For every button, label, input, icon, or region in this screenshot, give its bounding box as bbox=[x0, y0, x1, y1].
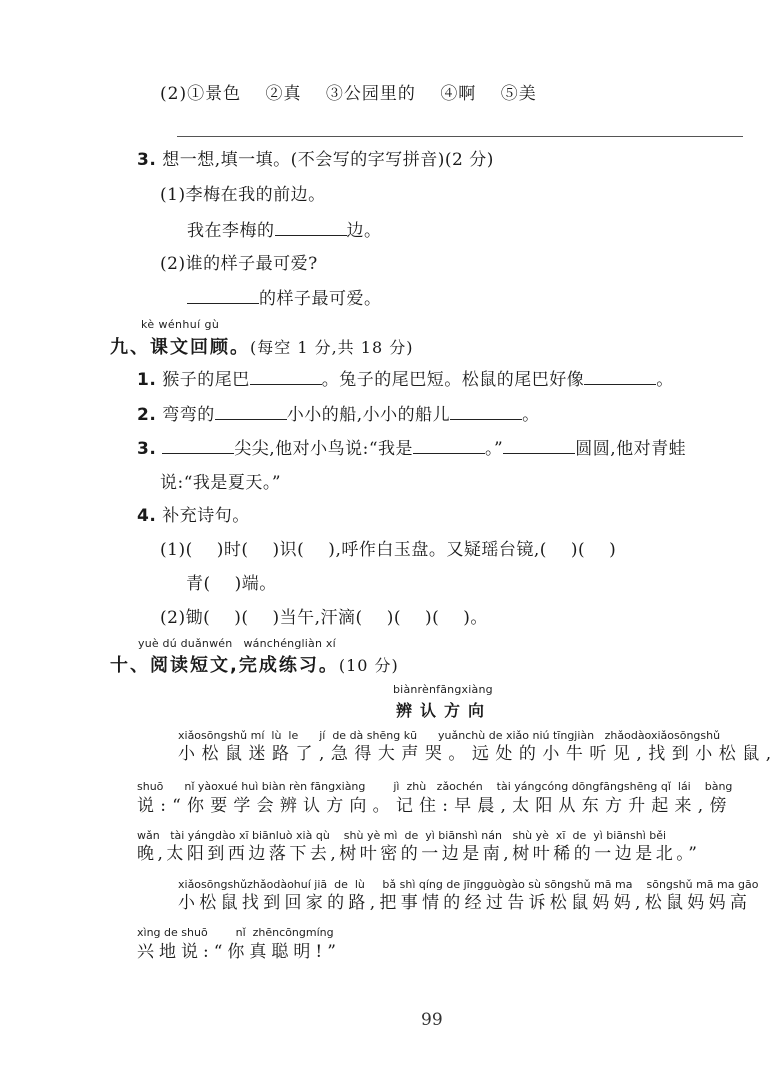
question-number: 3. bbox=[137, 439, 156, 459]
q8-3-sub1-prompt: (1)李梅在我的前边。 bbox=[160, 184, 326, 206]
s9-q1: 1. 猴子的尾巴。兔子的尾巴短。松鼠的尾巴好像。 bbox=[137, 368, 674, 391]
section10-score-note: (10 分) bbox=[339, 656, 399, 675]
question-number: 2. bbox=[137, 405, 156, 425]
word-item-1: ①景色 bbox=[187, 84, 241, 104]
story-line1-pinyin: xiǎosōngshǔ mí lù le jí de dà shēng kū y… bbox=[178, 730, 720, 742]
poem-label: (1) bbox=[160, 540, 186, 560]
poem-char: 端。 bbox=[242, 574, 277, 594]
q2-text-3: 。 bbox=[522, 405, 540, 425]
sentence-after: 边。 bbox=[347, 221, 382, 241]
poem-text: ,呼作白玉盘。又疑瑶台镜, bbox=[335, 540, 539, 560]
story-line2: 说:“你要学会辨认方向。记住:早晨,太阳从东方升起来,傍 bbox=[137, 795, 733, 817]
s9-q3: 3. 尖尖,他对小鸟说:“我是。”圆圆,他对青蛙 bbox=[137, 437, 686, 460]
answer-line[interactable] bbox=[177, 136, 743, 137]
poem-char: 识 bbox=[280, 540, 298, 560]
story-title-pinyin: biànrènfāngxiàng bbox=[393, 684, 493, 696]
story-line4: 小松鼠找到回家的路,把事情的经过告诉松鼠妈妈,松鼠妈妈高 bbox=[178, 892, 751, 914]
q1-text-1: 猴子的尾巴 bbox=[162, 370, 250, 390]
poem-char: 青 bbox=[186, 574, 204, 594]
section10-pinyin: yuè dú duǎnwén wánchéngliàn xí bbox=[138, 638, 336, 650]
q2-text-1: 弯弯的 bbox=[162, 405, 215, 425]
poem-end: 。 bbox=[470, 608, 488, 628]
fill-blank[interactable] bbox=[275, 219, 347, 236]
q8-3-title: 3. 想一想,填一填。(不会写的字写拼音)(2 分) bbox=[137, 149, 494, 171]
story-title: 辨认方向 bbox=[396, 698, 492, 721]
question-number: 3. bbox=[137, 150, 156, 170]
q8-part2-label: (2) bbox=[160, 84, 187, 104]
fill-blank[interactable] bbox=[187, 287, 259, 304]
s9-q4-title: 4. 补充诗句。 bbox=[137, 505, 250, 527]
question-number: 4. bbox=[137, 506, 156, 526]
poem-char: 锄 bbox=[186, 608, 204, 628]
story-line3-pinyin: wǎn tài yángdào xī biānluò xià qù shù yè… bbox=[137, 830, 666, 842]
s9-q2: 2. 弯弯的小小的船,小小的船儿。 bbox=[137, 403, 540, 426]
poem-char: 时 bbox=[224, 540, 242, 560]
q8-part2-row: (2)①景色 ②真 ③公园里的 ④啊 ⑤美 bbox=[160, 83, 537, 105]
story-line1: 小松鼠迷路了,急得大声哭。远处的小牛听见,找到小松鼠, bbox=[178, 743, 778, 765]
word-item-2: ②真 bbox=[266, 84, 302, 104]
q4-title-text: 补充诗句。 bbox=[162, 506, 250, 526]
sentence-before: 我在李梅的 bbox=[187, 221, 275, 241]
sentence-after: 的样子最可爱。 bbox=[259, 289, 382, 309]
fill-blank[interactable] bbox=[503, 437, 575, 454]
section9-title: 九、课文回顾。 bbox=[110, 337, 250, 358]
poem-text: 当午,汗滴 bbox=[280, 608, 356, 628]
section10-title: 十、阅读短文,完成练习。 bbox=[110, 655, 339, 676]
section9-score-note: (每空 1 分,共 18 分) bbox=[250, 338, 413, 357]
fill-blank[interactable] bbox=[162, 437, 234, 454]
q3-text-3: 圆圆,他对青蛙 bbox=[575, 439, 686, 459]
s9-q3-line2: 说:“我是夏天。” bbox=[160, 472, 281, 494]
q1-text-2: 。兔子的尾巴短。松鼠的尾巴好像 bbox=[322, 370, 585, 390]
q8-3-sub2-prompt: (2)谁的样子最可爱? bbox=[160, 253, 318, 275]
word-item-3: ③公园里的 bbox=[326, 84, 416, 104]
word-item-4: ④啊 bbox=[440, 84, 476, 104]
s9-q4-poem1-line1: (1)()时()识(),呼作白玉盘。又疑瑶台镜,()() bbox=[160, 539, 616, 561]
q8-3-sub1-answer: 我在李梅的边。 bbox=[187, 219, 382, 242]
question-text: 想一想,填一填。(不会写的字写拼音)(2 分) bbox=[162, 150, 494, 170]
story-line4-pinyin: xiǎosōngshǔzhǎodàohuí jiā de lù bǎ shì q… bbox=[178, 879, 758, 891]
q8-3-sub2-answer: 的样子最可爱。 bbox=[187, 287, 382, 310]
fill-blank[interactable] bbox=[250, 368, 322, 385]
story-line5: 兴地说:“你真聪明!” bbox=[137, 941, 341, 963]
word-item-5: ⑤美 bbox=[501, 84, 537, 104]
s9-q4-poem2: (2)锄()()当午,汗滴()()()。 bbox=[160, 607, 488, 629]
story-line2-pinyin: shuō nǐ yàoxué huì biàn rèn fāngxiàng jì… bbox=[137, 781, 732, 793]
q2-text-2: 小小的船,小小的船儿 bbox=[287, 405, 450, 425]
fill-blank[interactable] bbox=[450, 403, 522, 420]
story-line5-pinyin: xìng de shuō nǐ zhēncōngmíng bbox=[137, 927, 334, 939]
fill-blank[interactable] bbox=[584, 368, 656, 385]
poem-label: (2) bbox=[160, 608, 186, 628]
story-line3: 晚,太阳到西边落下去,树叶密的一边是南,树叶稀的一边是北。” bbox=[137, 843, 700, 865]
section9-heading: 九、课文回顾。(每空 1 分,共 18 分) bbox=[110, 333, 413, 359]
section10-heading: 十、阅读短文,完成练习。(10 分) bbox=[110, 651, 399, 677]
page-number: 99 bbox=[421, 1010, 443, 1030]
q3-text-2: 。” bbox=[485, 439, 503, 459]
fill-blank[interactable] bbox=[215, 403, 287, 420]
fill-blank[interactable] bbox=[413, 437, 485, 454]
section9-pinyin: kè wénhuí gù bbox=[141, 319, 219, 331]
q1-text-3: 。 bbox=[656, 370, 674, 390]
q3-text-1: 尖尖,他对小鸟说:“我是 bbox=[234, 439, 413, 459]
s9-q4-poem1-line2: 青()端。 bbox=[186, 573, 277, 595]
question-number: 1. bbox=[137, 370, 156, 390]
